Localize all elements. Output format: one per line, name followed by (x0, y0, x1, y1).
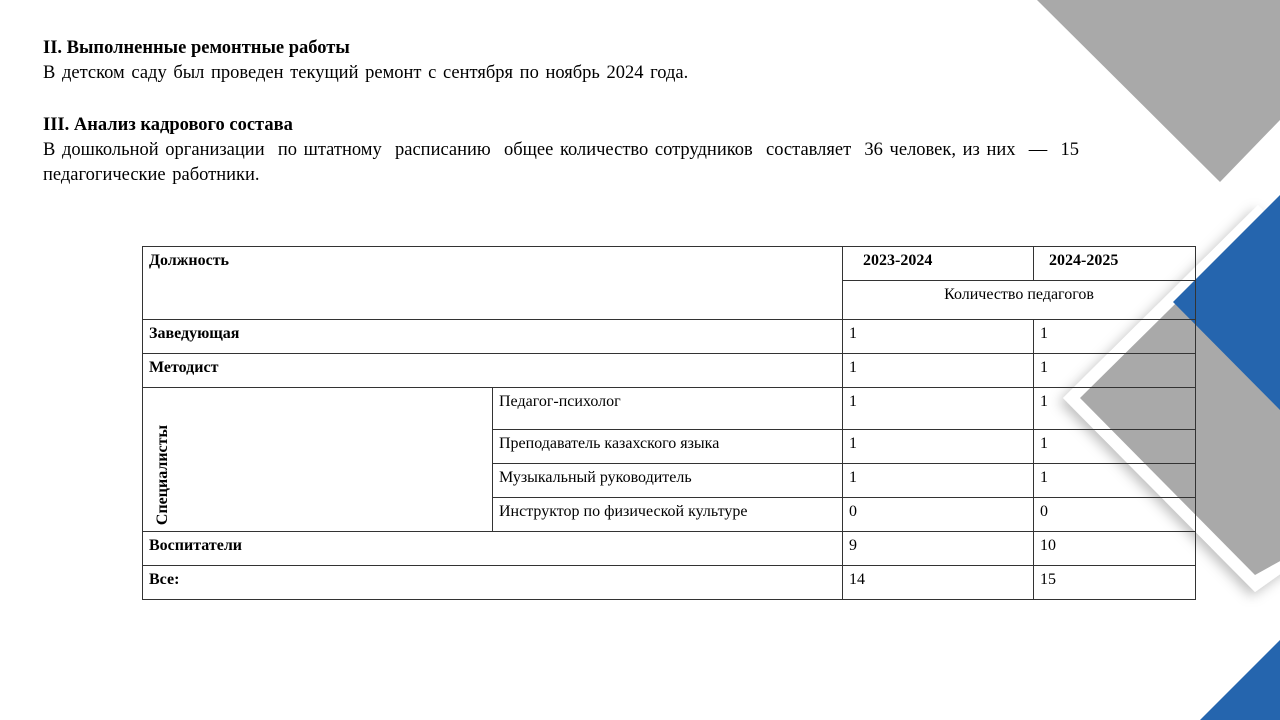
staff-table: Должность 2023-2024 2024-2025 Количество… (142, 246, 1196, 600)
header-year-2023-2024: 2023-2024 (843, 247, 1034, 281)
row-label: Воспитатели (143, 532, 843, 566)
row-value-2023: 1 (843, 388, 1034, 430)
section-heading: III. Анализ кадрового состава (43, 113, 1143, 138)
row-label: Заведующая (143, 320, 843, 354)
section-repairs: II. Выполненные ремонтные работы В детск… (43, 36, 688, 86)
row-value-2023: 14 (843, 566, 1034, 600)
section-paragraph: В детском саду был проведен текущий ремо… (43, 61, 688, 86)
row-label: Инструктор по физической культуре (493, 498, 843, 532)
row-value-2024: 0 (1034, 498, 1196, 532)
table-header-row: Должность 2023-2024 2024-2025 (143, 247, 1196, 281)
row-value-2024: 1 (1034, 354, 1196, 388)
bottom-blue-triangle (1200, 640, 1280, 720)
row-label: Педагог-психолог (493, 388, 843, 430)
header-position: Должность (143, 247, 843, 320)
row-value-2024: 1 (1034, 388, 1196, 430)
row-value-2024: 15 (1034, 566, 1196, 600)
table-row: Специалисты Педагог-психолог 1 1 (143, 388, 1196, 430)
section-staff-analysis: III. Анализ кадрового состава В дошкольн… (43, 113, 1143, 188)
specialists-group-label: Специалисты (153, 425, 173, 525)
table-row: Воспитатели 9 10 (143, 532, 1196, 566)
header-teacher-count: Количество педагогов (843, 281, 1196, 320)
section-heading: II. Выполненные ремонтные работы (43, 36, 688, 61)
row-value-2023: 1 (843, 430, 1034, 464)
table-row: Методист 1 1 (143, 354, 1196, 388)
row-value-2023: 1 (843, 320, 1034, 354)
row-label: Музыкальный руководитель (493, 464, 843, 498)
row-value-2023: 1 (843, 464, 1034, 498)
specialists-group-cell: Специалисты (143, 388, 493, 532)
row-value-2023: 0 (843, 498, 1034, 532)
section-paragraph: В дошкольной организации по штатному рас… (43, 138, 1143, 188)
row-value-2023: 9 (843, 532, 1034, 566)
row-label: Все: (143, 566, 843, 600)
header-year-2024-2025: 2024-2025 (1034, 247, 1196, 281)
row-value-2024: 1 (1034, 464, 1196, 498)
row-value-2024: 1 (1034, 430, 1196, 464)
row-label: Преподаватель казахского языка (493, 430, 843, 464)
table-row: Заведующая 1 1 (143, 320, 1196, 354)
row-value-2023: 1 (843, 354, 1034, 388)
row-value-2024: 1 (1034, 320, 1196, 354)
row-value-2024: 10 (1034, 532, 1196, 566)
table-total-row: Все: 14 15 (143, 566, 1196, 600)
row-label: Методист (143, 354, 843, 388)
